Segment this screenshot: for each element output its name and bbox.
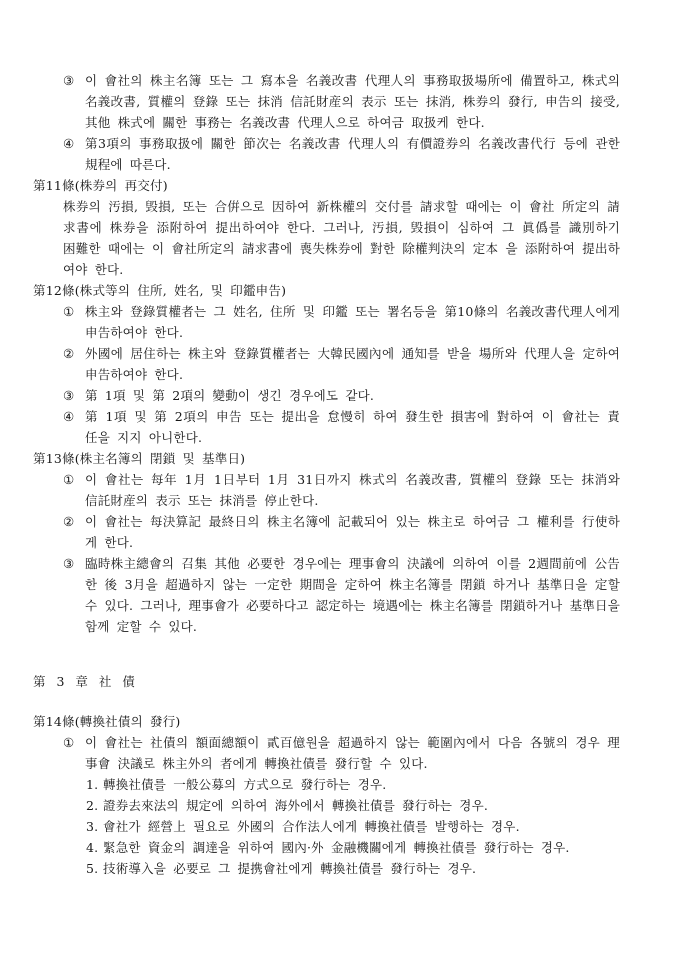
clause-text: 轉換社債를 一般公募의 方式으로 發行하는 경우. (103, 774, 620, 795)
numbered-list-item: 2.證券去來法의 規定에 의하여 海外에서 轉換社債를 發行하는 경우. (86, 795, 620, 816)
circled-number-marker: ① (63, 732, 85, 774)
clause-text: 이 會社는 每年 1月 1日부터 1月 31日까지 株式의 名義改書, 質權의 … (85, 469, 620, 511)
clause-text: 第 1項 및 第 2項의 變動이 생긴 경우에도 같다. (85, 385, 620, 406)
clause-item: ③第 1項 및 第 2項의 變動이 생긴 경우에도 같다. (63, 385, 620, 406)
article-heading: 第14條(轉換社債의 發行) (33, 711, 620, 732)
chapter-heading: 第 3 章 社 債 (33, 671, 620, 692)
clause-item: ②이 會社는 每決算記 最終日의 株主名簿에 記載되어 있는 株主로 하여금 그… (63, 511, 620, 553)
circled-number-marker: ③ (63, 553, 85, 637)
clause-text: 이 會社의 株主名簿 또는 그 寫本을 名義改書 代理人의 事務取扱場所에 備置… (85, 70, 620, 133)
circled-number-marker: ② (63, 511, 85, 553)
clause-text: 第 1項 및 第 2項의 申告 또는 提出을 怠慢히 하여 發生한 損害에 對하… (85, 406, 620, 448)
list-number-marker: 4. (86, 837, 103, 858)
article-heading: 第11條(株券의 再交付) (33, 175, 620, 196)
clause-text: 外國에 居住하는 株主와 登錄質權者는 大韓民國內에 通知를 받을 場所와 代理… (85, 343, 620, 385)
circled-number-marker: ③ (63, 385, 85, 406)
circled-number-marker: ③ (63, 70, 85, 133)
list-number-marker: 1. (86, 774, 103, 795)
list-number-marker: 2. (86, 795, 103, 816)
numbered-list-item: 1.轉換社債를 一般公募의 方式으로 發行하는 경우. (86, 774, 620, 795)
article-heading: 第13條(株主名簿의 閉鎖 및 基準日) (33, 448, 620, 469)
clause-text: 證券去來法의 規定에 의하여 海外에서 轉換社債를 發行하는 경우. (103, 795, 620, 816)
article-paragraph: 株券의 汚損, 毁損, 또는 合倂으로 因하여 新株權의 交付를 請求할 때에는… (63, 196, 620, 280)
clause-text: 會社가 經營上 필요로 外國의 合作法人에게 轉換社債를 발행하는 경우. (103, 816, 620, 837)
clause-text: 이 會社는 每決算記 最終日의 株主名簿에 記載되어 있는 株主로 하여금 그 … (85, 511, 620, 553)
circled-number-marker: ④ (63, 406, 85, 448)
clause-item: ①株主와 登錄質權者는 그 姓名, 住所 및 印鑑 또는 署名등을 第10條의 … (63, 301, 620, 343)
numbered-list-item: 5.技術導入을 必要로 그 提携會社에게 轉換社債를 發行하는 경우. (86, 858, 620, 879)
clause-item: ②外國에 居住하는 株主와 登錄質權者는 大韓民國內에 通知를 받을 場所와 代… (63, 343, 620, 385)
clause-item: ④第 1項 및 第 2項의 申告 또는 提出을 怠慢히 하여 發生한 損害에 對… (63, 406, 620, 448)
numbered-list-item: 3.會社가 經營上 필요로 外國의 合作法人에게 轉換社債를 발행하는 경우. (86, 816, 620, 837)
article-heading: 第12條(株式等의 住所, 姓名, 및 印鑑申告) (33, 280, 620, 301)
clause-text: 이 會社는 社債의 額面總額이 貳百億원을 超過하지 않는 範圍內에서 다음 各… (85, 732, 620, 774)
numbered-list-item: 4.緊急한 資金의 調達을 위하여 國內·外 金融機關에게 轉換社債를 發行하는… (86, 837, 620, 858)
clause-item: ①이 會社는 每年 1月 1日부터 1月 31日까지 株式의 名義改書, 質權의… (63, 469, 620, 511)
clause-text: 株主와 登錄質權者는 그 姓名, 住所 및 印鑑 또는 署名등을 第10條의 名… (85, 301, 620, 343)
list-number-marker: 5. (86, 858, 103, 879)
document-page: ③이 會社의 株主名簿 또는 그 寫本을 名義改書 代理人의 事務取扱場所에 備… (0, 0, 680, 962)
circled-number-marker: ① (63, 469, 85, 511)
clause-text: 緊急한 資金의 調達을 위하여 國內·外 金融機關에게 轉換社債를 發行하는 경… (103, 837, 620, 858)
document-body: ③이 會社의 株主名簿 또는 그 寫本을 名義改書 代理人의 事務取扱場所에 備… (33, 70, 620, 879)
clause-item: ④第3項의 事務取扱에 關한 節次는 名義改書 代理人의 有價證券의 名義改書代… (63, 133, 620, 175)
clause-item: ③臨時株主總會의 召集 其他 必要한 경우에는 理事會의 決議에 의하여 이를 … (63, 553, 620, 637)
clause-text: 技術導入을 必要로 그 提携會社에게 轉換社債를 發行하는 경우. (103, 858, 620, 879)
clause-text: 臨時株主總會의 召集 其他 必要한 경우에는 理事會의 決議에 의하여 이를 2… (85, 553, 620, 637)
list-number-marker: 3. (86, 816, 103, 837)
circled-number-marker: ② (63, 343, 85, 385)
circled-number-marker: ① (63, 301, 85, 343)
clause-text: 第3項의 事務取扱에 關한 節次는 名義改書 代理人의 有價證券의 名義改書代行… (85, 133, 620, 175)
clause-item: ③이 會社의 株主名簿 또는 그 寫本을 名義改書 代理人의 事務取扱場所에 備… (63, 70, 620, 133)
circled-number-marker: ④ (63, 133, 85, 175)
clause-item: ①이 會社는 社債의 額面總額이 貳百億원을 超過하지 않는 範圍內에서 다음 … (63, 732, 620, 774)
